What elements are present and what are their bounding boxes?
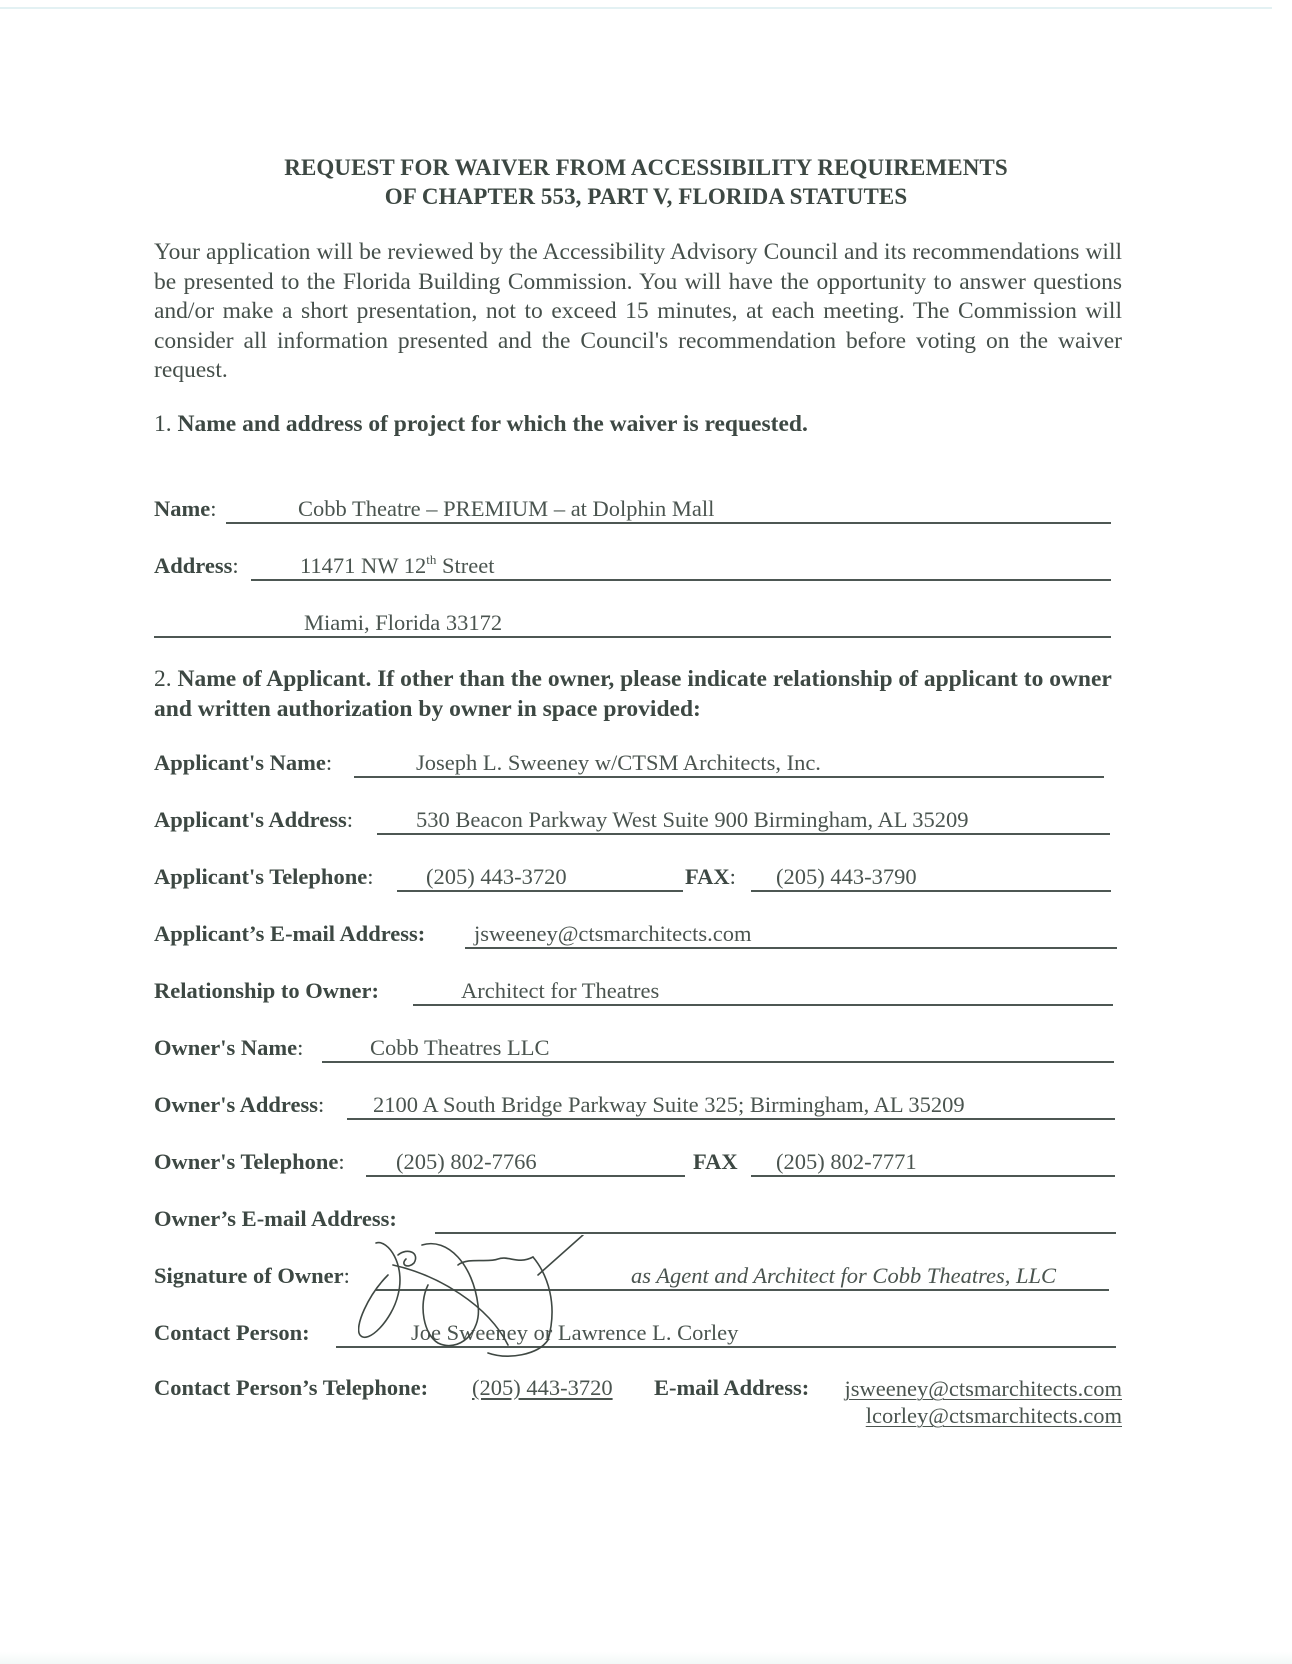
owner-name-value: Cobb Theatres LLC	[370, 1035, 550, 1061]
signature-underline	[376, 1289, 1109, 1291]
applicant-address-value: 530 Beacon Parkway West Suite 900 Birmin…	[416, 807, 969, 833]
owner-telephone-label: Owner's Telephone:	[154, 1149, 345, 1175]
project-name-underline	[226, 522, 1111, 524]
intro-paragraph: Your application will be reviewed by the…	[154, 238, 1122, 386]
owner-email-underline	[435, 1232, 1116, 1234]
applicant-telephone-underline	[397, 890, 683, 892]
owner-name-label: Owner's Name:	[154, 1035, 303, 1061]
section-1-number: 1.	[154, 411, 172, 437]
contact-email-list: jsweeney@ctsmarchitects.com lcorley@ctsm…	[845, 1375, 1123, 1429]
owner-email-label: Owner’s E-mail Address:	[154, 1206, 397, 1232]
section-2-heading: 2. Name of Applicant. If other than the …	[154, 665, 1129, 724]
owner-address-field[interactable]: Owner's Address: 2100 A South Bridge Par…	[154, 1090, 1114, 1122]
applicant-name-value: Joseph L. Sweeney w/CTSM Architects, Inc…	[416, 750, 821, 776]
contact-email-label: E-mail Address:	[654, 1375, 809, 1401]
section-1-heading: 1. Name and address of project for which…	[154, 410, 1129, 440]
applicant-name-label: Applicant's Name:	[154, 750, 332, 776]
owner-name-field[interactable]: Owner's Name: Cobb Theatres LLC	[154, 1033, 1114, 1065]
scan-edge-bottom	[0, 1652, 1292, 1664]
applicant-fax-underline	[751, 890, 1111, 892]
project-name-label: Name:	[154, 496, 217, 522]
owner-address-underline	[347, 1118, 1115, 1120]
section-2-number: 2.	[154, 666, 172, 692]
contact-person-value: Joe Sweeney or Lawrence L. Corley	[411, 1320, 738, 1346]
signature-note: as Agent and Architect for Cobb Theatres…	[631, 1263, 1056, 1289]
applicant-telephone-field[interactable]: Applicant's Telephone: (205) 443-3720 FA…	[154, 862, 1114, 894]
project-address-underline	[251, 579, 1111, 581]
contact-email-2[interactable]: lcorley@ctsmarchitects.com	[845, 1402, 1123, 1429]
applicant-email-label: Applicant’s E-mail Address:	[154, 921, 425, 947]
project-name-value: Cobb Theatre – PREMIUM – at Dolphin Mall	[298, 496, 714, 522]
applicant-name-field[interactable]: Applicant's Name: Joseph L. Sweeney w/CT…	[154, 748, 1114, 780]
relationship-value: Architect for Theatres	[461, 978, 659, 1004]
applicant-email-value: jsweeney@ctsmarchitects.com	[474, 921, 752, 947]
applicant-email-field[interactable]: Applicant’s E-mail Address: jsweeney@cts…	[154, 919, 1114, 951]
signature-label: Signature of Owner:	[154, 1263, 350, 1289]
contact-telephone-value: (205) 443-3720	[472, 1375, 613, 1401]
applicant-name-underline	[354, 776, 1104, 778]
owner-telephone-value: (205) 802-7766	[396, 1149, 537, 1175]
contact-email-1[interactable]: jsweeney@ctsmarchitects.com	[845, 1375, 1123, 1402]
scan-edge-top	[0, 7, 1272, 9]
form-title-line-1: REQUEST FOR WAIVER FROM ACCESSIBILITY RE…	[0, 155, 1292, 181]
owner-address-label: Owner's Address:	[154, 1092, 324, 1118]
contact-person-underline	[336, 1346, 1116, 1348]
project-address-line-2-underline	[154, 636, 1111, 638]
project-address-label: Address:	[154, 553, 239, 579]
applicant-telephone-value: (205) 443-3720	[426, 864, 567, 890]
owner-fax-value: (205) 802-7771	[776, 1149, 917, 1175]
applicant-email-underline	[465, 947, 1117, 949]
contact-telephone-field[interactable]: Contact Person’s Telephone: (205) 443-37…	[154, 1375, 1114, 1435]
applicant-fax-label: FAX:	[685, 864, 736, 890]
section-1-heading-text: Name and address of project for which th…	[178, 411, 808, 437]
owner-name-underline	[322, 1061, 1114, 1063]
contact-telephone-label: Contact Person’s Telephone:	[154, 1375, 428, 1401]
applicant-address-label: Applicant's Address:	[154, 807, 353, 833]
form-title-line-2: OF CHAPTER 553, PART V, FLORIDA STATUTES	[0, 184, 1292, 210]
owner-telephone-field[interactable]: Owner's Telephone: (205) 802-7766 FAX (2…	[154, 1147, 1114, 1179]
relationship-field[interactable]: Relationship to Owner: Architect for The…	[154, 976, 1114, 1008]
applicant-address-underline	[377, 833, 1110, 835]
applicant-address-field[interactable]: Applicant's Address: 530 Beacon Parkway …	[154, 805, 1114, 837]
project-address-line-2-value: Miami, Florida 33172	[304, 610, 502, 636]
applicant-fax-value: (205) 443-3790	[776, 864, 917, 890]
scanned-form-page: REQUEST FOR WAIVER FROM ACCESSIBILITY RE…	[0, 0, 1292, 1664]
relationship-label: Relationship to Owner:	[154, 978, 379, 1004]
project-address-line-2-field[interactable]: Miami, Florida 33172	[154, 608, 1114, 640]
owner-email-field[interactable]: Owner’s E-mail Address:	[154, 1204, 1114, 1236]
owner-fax-label: FAX	[693, 1149, 738, 1175]
contact-person-field[interactable]: Contact Person: Joe Sweeney or Lawrence …	[154, 1318, 1114, 1350]
owner-address-value: 2100 A South Bridge Parkway Suite 325; B…	[373, 1092, 965, 1118]
relationship-underline	[413, 1004, 1113, 1006]
contact-person-label: Contact Person:	[154, 1320, 310, 1346]
owner-telephone-underline	[366, 1175, 685, 1177]
project-name-field[interactable]: Name: Cobb Theatre – PREMIUM – at Dolphi…	[154, 494, 1114, 526]
applicant-telephone-label: Applicant's Telephone:	[154, 864, 373, 890]
project-address-value: 11471 NW 12th Street	[300, 553, 494, 579]
project-address-field[interactable]: Address: 11471 NW 12th Street	[154, 551, 1114, 583]
owner-signature-field[interactable]: Signature of Owner: as Agent and Archite…	[154, 1261, 1114, 1293]
owner-fax-underline	[751, 1175, 1115, 1177]
section-2-heading-text: Name of Applicant. If other than the own…	[154, 666, 1111, 722]
